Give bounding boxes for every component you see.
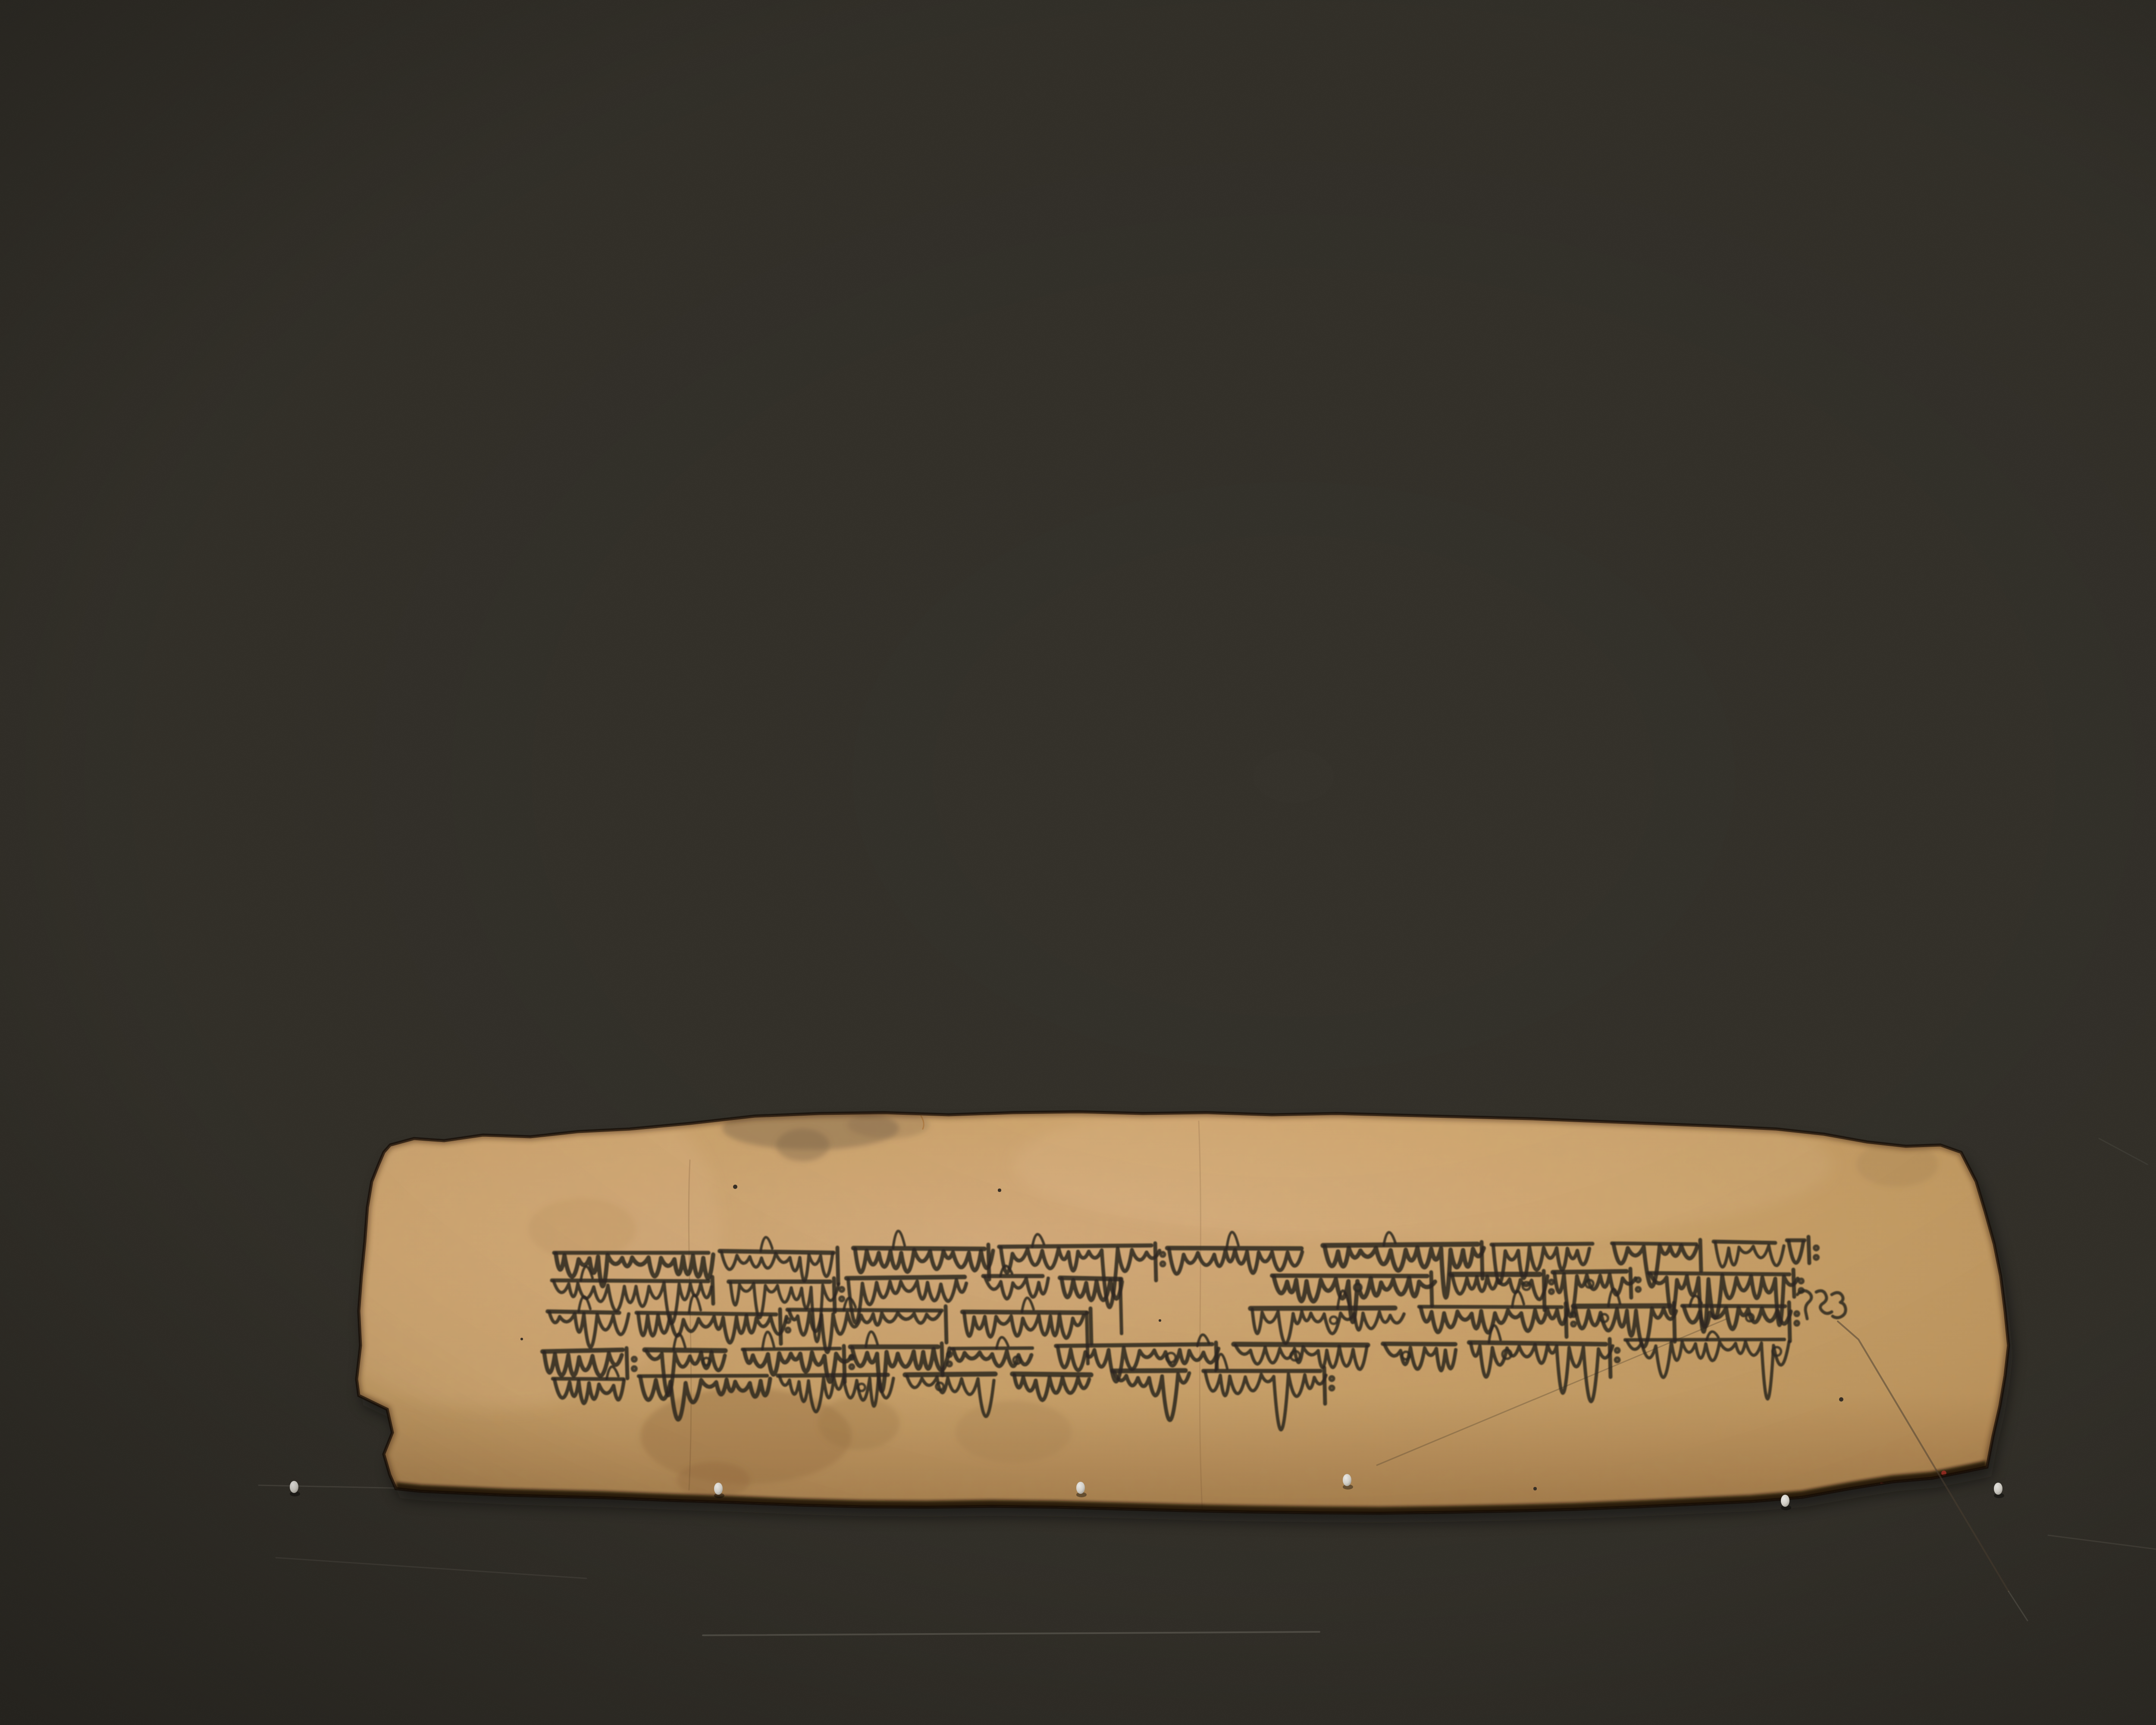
- photo-vignette: [0, 0, 2156, 1725]
- manuscript-photo: গ্রামোথিদ্বিজদাসস্মৃকালীপ্রাং প্রণাদিরা …: [0, 0, 2156, 1725]
- photo-canvas: [0, 0, 2156, 1725]
